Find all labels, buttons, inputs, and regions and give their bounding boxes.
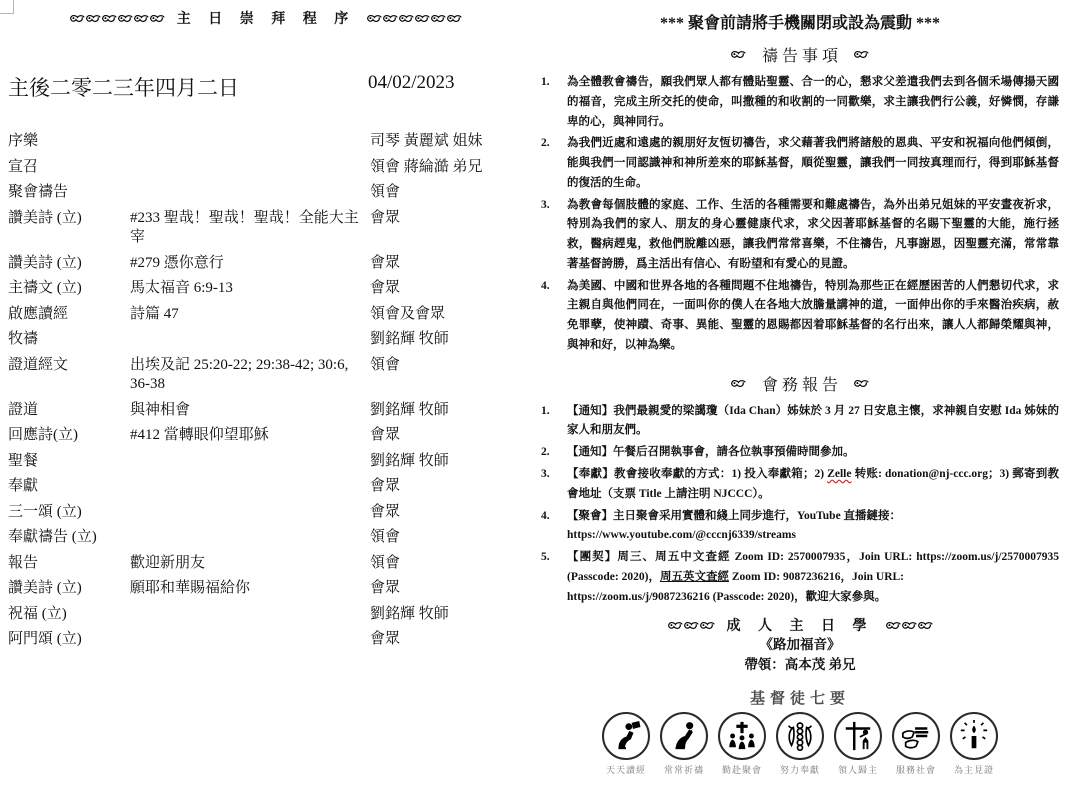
program-content	[130, 605, 370, 625]
sunday-school-leader: 帶領：高本茂 弟兄	[541, 655, 1059, 675]
list-number: 4.	[541, 277, 559, 356]
program-leader: 會眾	[370, 209, 524, 248]
program-item: 三一頌 (立)	[8, 503, 130, 523]
report-text-segment: 周五英文查經	[660, 571, 729, 583]
essential-label: 常常祈禱	[658, 763, 711, 776]
report-item: 4.【聚會】主日聚會采用實體和綫上同步進行，YouTube 直播鏈接： http…	[541, 507, 1059, 547]
essential-label: 領人歸主	[832, 763, 885, 776]
pray-icon	[660, 712, 708, 760]
sunday-school-title: 成 人 主 日 學	[727, 615, 874, 635]
program-content	[130, 503, 370, 523]
attend-meeting-icon	[718, 712, 766, 760]
program-item: 證道經文	[8, 356, 130, 395]
program-item: 主禱文 (立)	[8, 279, 130, 299]
page-title: 主 日 崇 拜 程 序	[177, 8, 356, 28]
prayer-item: 1.為全體教會禱告，願我們眾人都有體貼聖靈、合一的心，懇求父差遣我們去到各個禾場…	[541, 73, 1059, 132]
program-table: 序樂司琴 黃麗斌 姐妹宣召領會 蔣綸澔 弟兄聚會禱告領會讚美詩 (立)#233 …	[8, 132, 524, 650]
program-leader: 領會	[370, 528, 524, 548]
program-item: 祝福 (立)	[8, 605, 130, 625]
program-item: 阿門頌 (立)	[8, 630, 130, 650]
program-item: 證道	[8, 401, 130, 421]
program-leader: 司琴 黃麗斌 姐妹	[370, 132, 524, 152]
program-item: 讚美詩 (立)	[8, 209, 130, 248]
program-content: #279 憑你意行	[130, 254, 370, 274]
program-item: 讚美詩 (立)	[8, 254, 130, 274]
program-content: 與神相會	[130, 401, 370, 421]
floral-ornament-icon	[668, 621, 715, 630]
sunday-school-section: 成 人 主 日 學 《路加福音》 帶領：高本茂 弟兄	[541, 615, 1059, 674]
list-number: 1.	[541, 73, 559, 132]
worship-program-column: 主 日 崇 拜 程 序 主後二零二三年四月二日 04/02/2023 序樂司琴 …	[8, 8, 524, 650]
program-leader: 會眾	[370, 579, 524, 599]
list-text: 【通知】我們最親愛的梁譪瓊（Ida Chan）姊妹於 3 月 27 日安息主懷，…	[567, 402, 1059, 442]
christian-essentials-icons: 天天讀經常常祈禱勤赴聚會努力奉獻領人歸主服務社會為主見證	[541, 712, 1059, 776]
list-number: 3.	[541, 465, 559, 505]
list-text: 為全體教會禱告，願我們眾人都有體貼聖靈、合一的心，懇求父差遣我們去到各個禾場傳揚…	[567, 73, 1059, 132]
program-item: 序樂	[8, 132, 130, 152]
program-leader: 會眾	[370, 630, 524, 650]
program-leader: 領會	[370, 183, 524, 203]
program-content	[130, 132, 370, 152]
report-item: 3.【奉獻】教會接收奉獻的方式：1) 投入奉獻箱；2) Zelle 转账: do…	[541, 465, 1059, 505]
essential-label: 努力奉獻	[774, 763, 827, 776]
report-text-segment: Zelle	[827, 468, 851, 480]
program-leader: 領會 蔣綸澔 弟兄	[370, 158, 524, 178]
essential-label: 天天讀經	[600, 763, 653, 776]
floral-ornament-icon	[854, 379, 869, 388]
floral-ornament-icon	[731, 379, 746, 388]
report-text-segment: 【奉獻】教會接收奉獻的方式：1) 投入奉獻箱；2)	[567, 468, 827, 480]
lead-to-christ-icon	[834, 712, 882, 760]
program-content: 歡迎新朋友	[130, 554, 370, 574]
list-text: 【團契】周三、周五中文查經 Zoom ID: 2570007935，Join U…	[567, 548, 1059, 607]
floral-ornament-icon	[854, 50, 869, 59]
program-leader: 會眾	[370, 426, 524, 446]
list-number: 3.	[541, 196, 559, 275]
date-numeric: 04/02/2023	[368, 72, 524, 102]
prayer-item: 4.為美國、中國和世界各地的各種問題不住地禱告，特別為那些正在經歷困苦的人們懇切…	[541, 277, 1059, 356]
program-content	[130, 477, 370, 497]
floral-ornament-icon	[367, 14, 462, 23]
program-leader: 劉銘輝 牧師	[370, 452, 524, 472]
program-header: 主 日 崇 拜 程 序	[8, 8, 524, 28]
program-item: 奉獻	[8, 477, 130, 497]
floral-ornament-icon	[886, 621, 933, 630]
report-item: 5.【團契】周三、周五中文查經 Zoom ID: 2570007935，Join…	[541, 548, 1059, 607]
phone-notice: *** 聚會前請將手機關閉或設為震動 ***	[541, 10, 1059, 33]
program-item: 讚美詩 (立)	[8, 579, 130, 599]
list-number: 5.	[541, 548, 559, 607]
program-content: #233 聖哉！聖哉！聖哉！全能大主宰	[130, 209, 370, 248]
serve-society-icon	[892, 712, 940, 760]
list-text: 為美國、中國和世界各地的各種問題不住地禱告，特別為那些正在經歷困苦的人們懇切代求…	[567, 277, 1059, 356]
program-leader: 會眾	[370, 503, 524, 523]
list-text: 為教會每個肢體的家庭、工作、生活的各種需要和難處禱告，為外出弟兄姐妹的平安晝夜祈…	[567, 196, 1059, 275]
program-leader: 劉銘輝 牧師	[370, 605, 524, 625]
read-bible-icon	[602, 712, 650, 760]
report-text-segment: 【通知】我們最親愛的梁譪瓊（Ida Chan）姊妹於 3 月 27 日安息主懷，…	[567, 405, 1059, 437]
program-item: 宣召	[8, 158, 130, 178]
witness-icon	[950, 712, 998, 760]
program-content: 詩篇 47	[130, 305, 370, 325]
program-content	[130, 183, 370, 203]
prayer-section-header: 禱 告 事 項	[541, 43, 1059, 66]
essential-item: 努力奉獻	[774, 712, 827, 776]
report-items-list: 1.【通知】我們最親愛的梁譪瓊（Ida Chan）姊妹於 3 月 27 日安息主…	[541, 402, 1059, 608]
sunday-school-book: 《路加福音》	[541, 635, 1059, 655]
program-item: 啟應讀經	[8, 305, 130, 325]
essential-item: 常常祈禱	[658, 712, 711, 776]
program-item: 聖餐	[8, 452, 130, 472]
essential-item: 勤赴聚會	[716, 712, 769, 776]
program-content	[130, 158, 370, 178]
program-content: #412 當轉眼仰望耶穌	[130, 426, 370, 446]
report-section-header: 會 務 報 告	[541, 372, 1059, 395]
program-leader: 會眾	[370, 477, 524, 497]
program-leader: 劉銘輝 牧師	[370, 401, 524, 421]
floral-ornament-icon	[731, 50, 746, 59]
program-leader: 領會	[370, 554, 524, 574]
report-text-segment: 【聚會】主日聚會采用實體和綫上同步進行，YouTube 直播鏈接： https:…	[567, 510, 901, 542]
list-text: 【奉獻】教會接收奉獻的方式：1) 投入奉獻箱；2) Zelle 转账: dona…	[567, 465, 1059, 505]
program-item: 聚會禱告	[8, 183, 130, 203]
report-item: 2.【通知】午餐后召開執事會，請各位執事預備時間參加。	[541, 443, 1059, 463]
program-content: 馬太福音 6:9-13	[130, 279, 370, 299]
essential-label: 為主見證	[948, 763, 1001, 776]
program-leader: 會眾	[370, 254, 524, 274]
program-content	[130, 630, 370, 650]
program-content	[130, 452, 370, 472]
date-chinese: 主後二零二三年四月二日	[8, 72, 368, 102]
list-number: 1.	[541, 402, 559, 442]
announcements-column: *** 聚會前請將手機關閉或設為震動 *** 禱 告 事 項 1.為全體教會禱告…	[541, 6, 1059, 776]
program-item: 回應詩(立)	[8, 426, 130, 446]
program-leader: 劉銘輝 牧師	[370, 330, 524, 350]
report-item: 1.【通知】我們最親愛的梁譪瓊（Ida Chan）姊妹於 3 月 27 日安息主…	[541, 402, 1059, 442]
essential-item: 服務社會	[890, 712, 943, 776]
program-content	[130, 330, 370, 350]
essential-item: 為主見證	[948, 712, 1001, 776]
report-text-segment: 【通知】午餐后召開執事會，請各位執事預備時間參加。	[567, 446, 855, 458]
essential-label: 服務社會	[890, 763, 943, 776]
report-section-title: 會 務 報 告	[762, 372, 838, 395]
program-item: 報告	[8, 554, 130, 574]
christian-essentials-title: 基督徒七要	[541, 687, 1059, 708]
list-number: 2.	[541, 134, 559, 193]
sunday-school-header: 成 人 主 日 學	[541, 615, 1059, 635]
program-content: 願耶和華賜福給你	[130, 579, 370, 599]
list-number: 4.	[541, 507, 559, 547]
prayer-section-title: 禱 告 事 項	[762, 43, 838, 66]
program-item: 奉獻禱告 (立)	[8, 528, 130, 548]
bulletin-page: 主 日 崇 拜 程 序 主後二零二三年四月二日 04/02/2023 序樂司琴 …	[0, 0, 1066, 789]
program-leader: 領會	[370, 356, 524, 395]
program-content	[130, 528, 370, 548]
list-text: 【通知】午餐后召開執事會，請各位執事預備時間參加。	[567, 443, 1059, 463]
floral-ornament-icon	[70, 14, 165, 23]
prayer-item: 2.為我們近處和遠處的親朋好友恆切禱告，求父藉著我們將諸般的恩典、平安和祝福向他…	[541, 134, 1059, 193]
prayer-items-list: 1.為全體教會禱告，願我們眾人都有體貼聖靈、合一的心，懇求父差遣我們去到各個禾場…	[541, 73, 1059, 356]
date-row: 主後二零二三年四月二日 04/02/2023	[8, 72, 524, 102]
program-item: 牧禱	[8, 330, 130, 350]
program-leader: 領會及會眾	[370, 305, 524, 325]
prayer-item: 3.為教會每個肢體的家庭、工作、生活的各種需要和難處禱告，為外出弟兄姐妹的平安晝…	[541, 196, 1059, 275]
offering-icon	[776, 712, 824, 760]
essential-item: 天天讀經	[600, 712, 653, 776]
essential-item: 領人歸主	[832, 712, 885, 776]
essential-label: 勤赴聚會	[716, 763, 769, 776]
list-number: 2.	[541, 443, 559, 463]
list-text: 為我們近處和遠處的親朋好友恆切禱告，求父藉著我們將諸般的恩典、平安和祝福向他們傾…	[567, 134, 1059, 193]
program-leader: 會眾	[370, 279, 524, 299]
program-content: 出埃及記 25:20-22; 29:38-42; 30:6, 36-38	[130, 356, 370, 395]
list-text: 【聚會】主日聚會采用實體和綫上同步進行，YouTube 直播鏈接： https:…	[567, 507, 1059, 547]
